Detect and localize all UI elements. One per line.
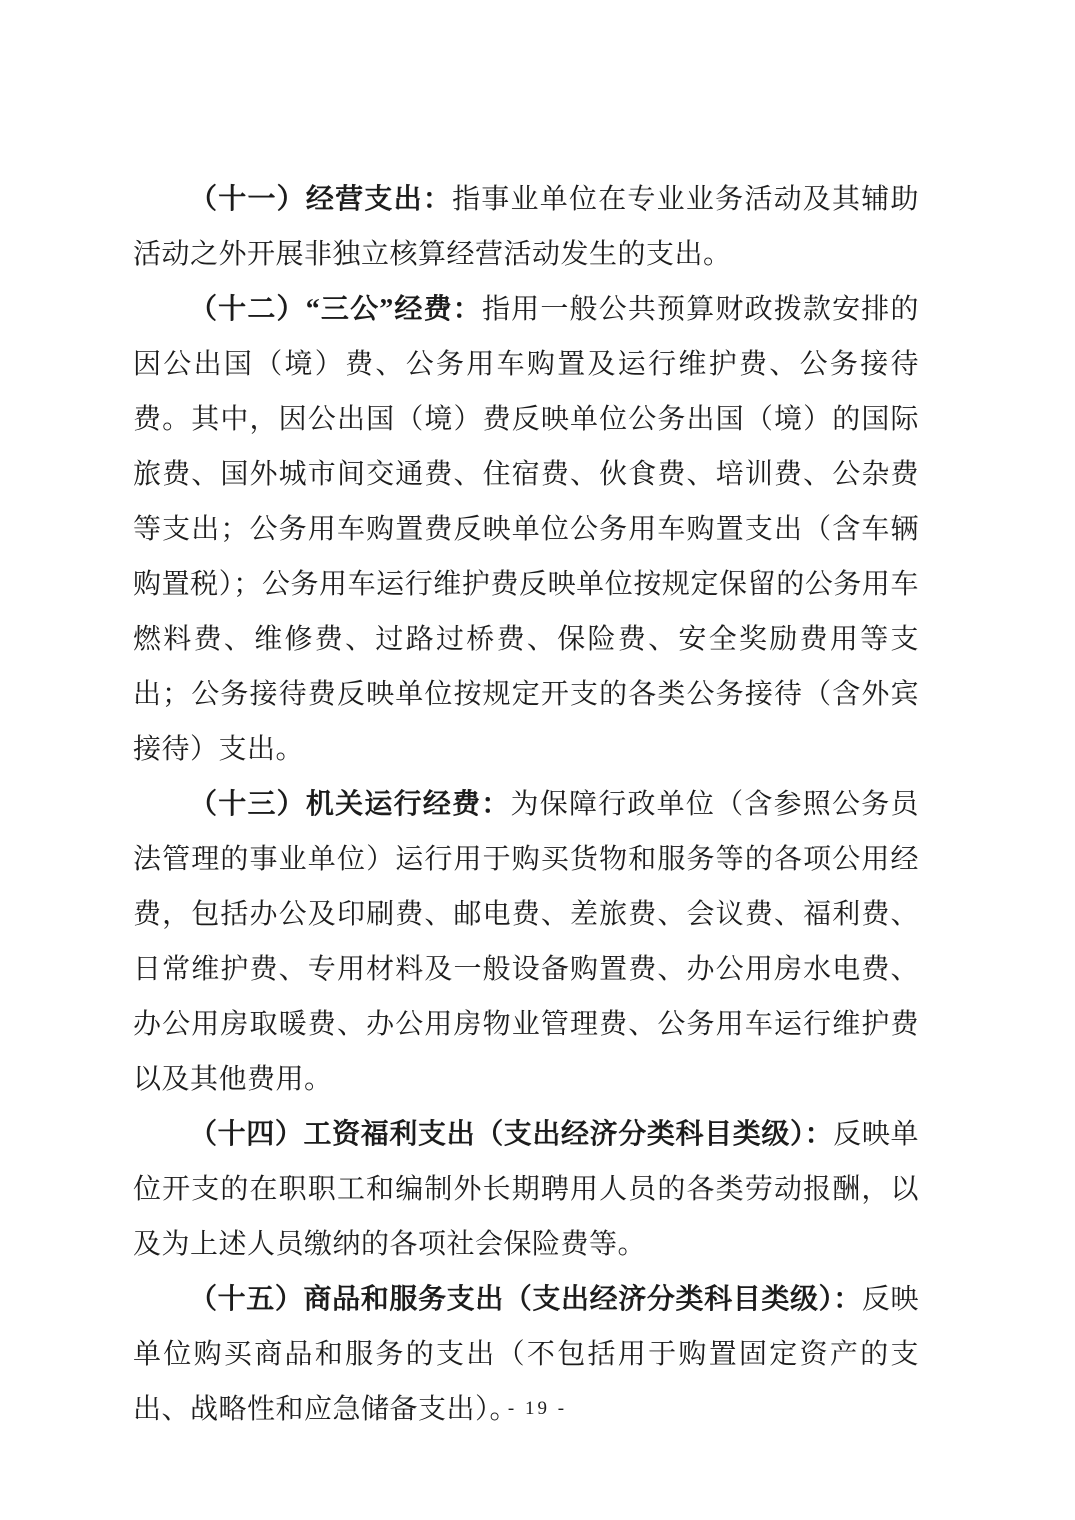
paragraph-text: 为保障行政单位（含参照公务员法管理的事业单位）运行用于购买货物和服务等的各项公用… xyxy=(133,789,919,1095)
document-page: （十一）经营支出：指事业单位在专业业务活动及其辅助活动之外开展非独立核算经营活动… xyxy=(0,0,1075,1520)
document-body: （十一）经营支出：指事业单位在专业业务活动及其辅助活动之外开展非独立核算经营活动… xyxy=(133,172,919,1437)
paragraph-item-14: （十四）工资福利支出（支出经济分类科目类级）：反映单位开支的在职职工和编制外长期… xyxy=(133,1107,919,1272)
paragraph-text: 指用一般公共预算财政拨款安排的因公出国（境）费、公务用车购置及运行维护费、公务接… xyxy=(133,294,919,765)
paragraph-term: （十五）商品和服务支出（支出经济分类科目类级）： xyxy=(189,1284,862,1315)
page-number: - 19 - xyxy=(508,1398,567,1419)
paragraph-term: （十三）机关运行经费： xyxy=(189,789,511,820)
paragraph-item-13: （十三）机关运行经费：为保障行政单位（含参照公务员法管理的事业单位）运行用于购买… xyxy=(133,777,919,1107)
paragraph-term: （十二）“三公”经费： xyxy=(189,294,482,325)
paragraph-item-12: （十二）“三公”经费：指用一般公共预算财政拨款安排的因公出国（境）费、公务用车购… xyxy=(133,282,919,777)
paragraph-term: （十四）工资福利支出（支出经济分类科目类级）： xyxy=(189,1119,833,1150)
paragraph-item-11: （十一）经营支出：指事业单位在专业业务活动及其辅助活动之外开展非独立核算经营活动… xyxy=(133,172,919,282)
paragraph-term: （十一）经营支出： xyxy=(189,184,452,215)
page-footer: - 19 - xyxy=(0,1398,1075,1420)
